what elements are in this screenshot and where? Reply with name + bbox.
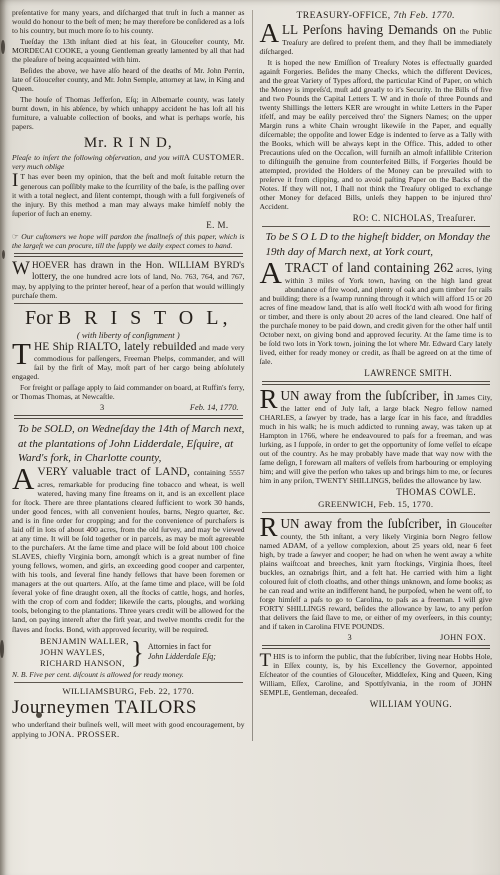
runaway1-signature: THOMAS COWLE. — [260, 487, 493, 497]
page-body: preſentative for many years, and diſchar… — [0, 0, 500, 741]
drop-cap: A — [260, 23, 280, 45]
york-sale-text: acres, lying within 3 miles of York town… — [260, 265, 493, 366]
runaway2-signature: JOHN FOX. — [440, 633, 486, 642]
right-column: TREASURY-OFFICE, 7th Feb. 1770. ALL Perſ… — [260, 8, 493, 741]
news-paragraph-deaths: Beſides the above, we have alſo heard of… — [12, 66, 245, 93]
rind-note-text: Pleaſe to inſert the following obſervati… — [12, 153, 184, 171]
scan-artifact — [36, 712, 42, 718]
bristol-heading-for: For — [25, 307, 53, 329]
runaway1-body: James City, the latter end of July laſt,… — [260, 393, 493, 485]
section-divider — [262, 226, 491, 227]
rind-letter-body: IT has ever been my opinion, that the be… — [12, 172, 245, 217]
bristol-ad-footer: 3 Feb. 14, 1770. — [12, 403, 245, 412]
attorney-name: BENJAMIN WALLER, — [40, 636, 129, 647]
drop-cap: R — [260, 389, 278, 411]
section-divider — [262, 645, 491, 649]
drop-cap: T — [260, 653, 272, 669]
news-paragraph-obituary: Tueſday the 13th inſtant died at his ſea… — [12, 37, 245, 64]
bristol-ad-body: THE Ship RIALTO, lately rebuilded and ma… — [12, 341, 245, 382]
section-divider — [262, 381, 491, 385]
charlotte-sale-heading: To be SOLD, on Wedneſday the 14th of Mar… — [18, 422, 245, 465]
york-sale-heading: To be S O L D to the higheſt bidder, on … — [266, 230, 493, 259]
insertion-count: 3 — [348, 633, 352, 642]
bristol-date: Feb. 14, 1770. — [190, 403, 239, 412]
greenwich-dateline: GREENWICH, Feb. 15, 1770. — [260, 499, 493, 509]
scan-artifact — [0, 640, 4, 658]
attorney-role-line1: Attornies in fact for — [148, 642, 216, 652]
customer-signoff: A CUSTOMER. — [184, 153, 245, 163]
tailors-ad-body: who underſtand their buſineſs well, will… — [12, 720, 245, 739]
brace-glyph: } — [131, 634, 144, 670]
attorney-names: BENJAMIN WALLER, JOHN WAYLES, RICHARD HA… — [40, 636, 129, 670]
runaway2-footer: 3 JOHN FOX. — [260, 633, 493, 642]
attorney-role-line2: John Lidderdale Eſq; — [148, 652, 216, 662]
charlotte-sale-body: AVERY valuable tract of LAND, containing… — [12, 466, 245, 633]
scan-artifact — [1, 40, 5, 54]
treasury-date-text: 7th Feb. 1770. — [393, 10, 455, 21]
charlotte-sale-text: containing 5557 acres, remarkable for pr… — [12, 468, 245, 633]
news-paragraph-continuation: preſentative for many years, and diſchar… — [12, 8, 245, 35]
drop-cap: A — [260, 261, 282, 286]
section-divider — [14, 682, 243, 683]
bristol-subheading: ( with liberty of conſignment ) — [12, 330, 245, 340]
treasury-lead: LL Perſons having Demands on — [282, 22, 456, 37]
charlotte-sale-lead: VERY valuable tract of LAND, — [37, 466, 190, 478]
tailors-signature: JONA. PROSSER. — [48, 729, 119, 739]
york-sale-signature: LAWRENCE SMITH. — [260, 368, 493, 378]
printer-apology-note: ☞ Our cuſtomers we hope will pardon the … — [12, 232, 245, 250]
attorneys-signature-block: BENJAMIN WALLER, JOHN WAYLES, RICHARD HA… — [40, 636, 245, 670]
runaway1-lead: UN away from the ſubſcriber, in — [281, 388, 454, 403]
rind-letter-heading: Mr. R I N D, — [12, 135, 245, 152]
treasury-office-label: TREASURY-OFFICE, — [297, 10, 391, 21]
left-column: preſentative for many years, and diſchar… — [12, 8, 245, 741]
treasury-notice-opening: ALL Perſons having Demands on the Public… — [260, 22, 493, 56]
section-divider — [262, 512, 491, 513]
tailors-body-text: who underſtand their buſineſs well, will… — [12, 720, 245, 739]
bristol-ad-heading: For B R I S T O L, — [12, 307, 245, 330]
byrd-lottery-notice: WHOEVER has drawn in the Hon. WILLIAM BY… — [12, 260, 245, 300]
drop-cap: A — [12, 467, 34, 492]
treasury-dateline: TREASURY-OFFICE, 7th Feb. 1770. — [260, 10, 493, 21]
insertion-count: 3 — [100, 403, 104, 412]
rind-letter-note: A CUSTOMER. Pleaſe to inſert the followi… — [12, 153, 245, 171]
escheator-notice: THIS is to inform the public, that the ſ… — [260, 652, 493, 697]
escheator-signature: WILLIAM YOUNG. — [260, 699, 493, 709]
section-divider — [14, 303, 243, 304]
attorney-name: JOHN WAYLES, — [40, 647, 129, 658]
escheator-body: HIS is to inform the public, that the ſu… — [260, 652, 493, 697]
york-sale-body: ATRACT of land containing 262 acres, lyi… — [260, 260, 493, 366]
tailors-ad-heading: Journeymen TAILORS — [12, 697, 245, 719]
section-divider — [14, 415, 243, 419]
treasury-notice-body: It is hoped the new Emiſſion of Treaſury… — [260, 58, 493, 212]
newspaper-page: preſentative for many years, and diſchar… — [0, 0, 500, 875]
york-sale-lead: TRACT of land containing 262 — [285, 260, 454, 275]
treasurer-signature: RO: C. NICHOLAS, Treaſurer. — [260, 213, 493, 223]
attorney-name: RICHARD HANSON, — [40, 658, 129, 669]
runaway-ad-charles: RUN away from the ſubſcriber, in James C… — [260, 388, 493, 485]
nota-bene: N. B. Five per cent. diſcount is allowed… — [12, 670, 245, 679]
news-paragraph-jefferson-fire: The houſe of Thomas Jefferſon, Eſq; in A… — [12, 95, 245, 131]
bristol-lead: HE Ship RIALTO, lately rebuilded — [34, 341, 197, 353]
bristol-heading-name: B R I S T O L, — [58, 307, 232, 329]
drop-cap: T — [12, 342, 31, 367]
attorney-role: Attornies in fact for John Lidderdale Eſ… — [148, 642, 216, 663]
rind-body-text: T has ever been my opinion, that the beſ… — [12, 172, 245, 217]
scan-artifact — [2, 250, 5, 259]
runaway2-body: Glouceſter county, the 5th inſtant, a ve… — [260, 521, 493, 631]
section-divider — [14, 253, 243, 257]
drop-cap: R — [260, 517, 278, 539]
drop-cap: W — [12, 261, 30, 277]
rind-letter-signature: E. M. — [12, 220, 245, 230]
williamsburg-dateline: WILLIAMSBURG, Feb. 22, 1770. — [12, 686, 245, 696]
runaway2-lead: UN away from the ſubſcriber, in — [281, 516, 457, 531]
runaway-ad-adam: RUN away from the ſubſcriber, in Glouceſ… — [260, 516, 493, 631]
drop-cap: I — [12, 173, 18, 189]
column-divider — [252, 10, 253, 741]
bristol-freight-note: For freight or paſſage apply to ſaid com… — [12, 383, 245, 401]
